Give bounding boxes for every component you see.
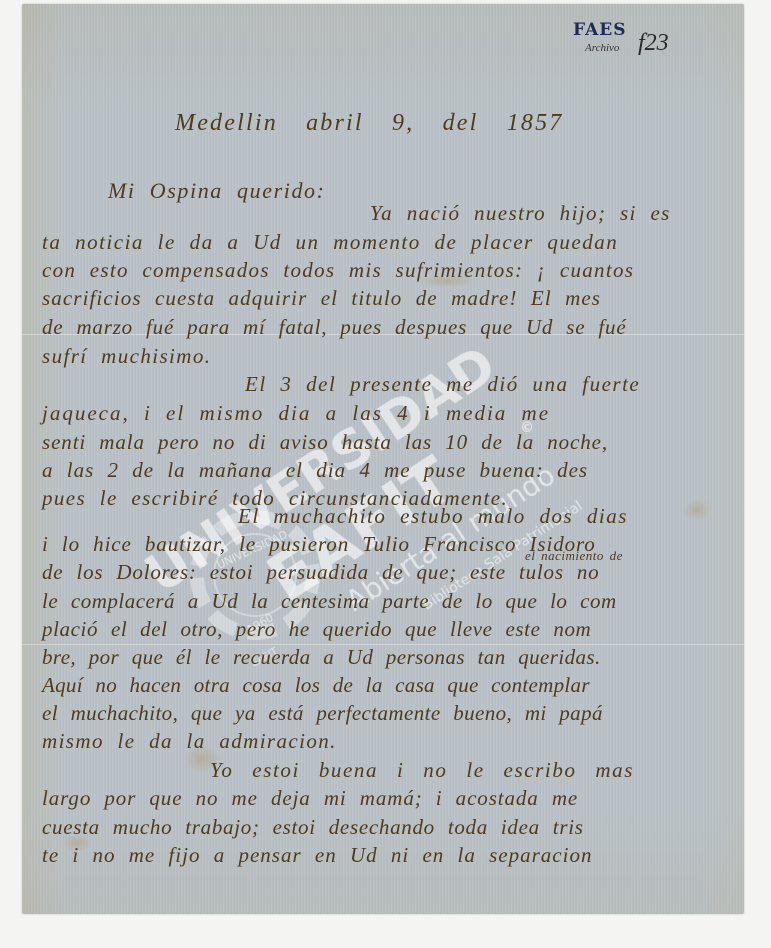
letter-line: con esto compensados todos mis sufrimien… (42, 258, 634, 283)
letter-line: sacrificios cuesta adquirir el titulo de… (42, 286, 601, 311)
letter-line: jaqueca, i el mismo dia a las 4 i media … (42, 401, 550, 426)
letter-line: mismo le da la admiracion. (42, 729, 337, 754)
letter-line: de los Dolores: estoi persuadida de que;… (42, 560, 599, 585)
stamp-label: Archivo (585, 42, 619, 54)
stamp-institution: FAES (573, 20, 627, 40)
letter-line: bre, por que él le recuerda a Ud persona… (42, 645, 601, 670)
letter-line: i lo hice bautizar, le pusieron Tulio Fr… (42, 532, 596, 557)
letter-line: Yo estoi buena i no le escribo mas (210, 758, 634, 783)
letter-line: sufrí muchisimo. (42, 344, 211, 369)
letter-line: plació el del otro, pero he querido que … (42, 617, 591, 642)
letter-line: senti mala pero no di aviso hasta las 10… (42, 430, 608, 455)
letter-line: largo por que no me deja mi mamá; i acos… (42, 786, 578, 811)
letter-line: El muchachito estubo malo dos dias (238, 504, 628, 529)
letter-line: el muchachito, que ya está perfectamente… (42, 701, 603, 726)
letter-line: de marzo fué para mí fatal, pues despues… (42, 315, 626, 340)
letter-line: Ya nació nuestro hijo; si es (370, 201, 671, 226)
letter-line: te i no me fijo a pensar en Ud ni en la … (42, 843, 592, 868)
archive-stamp: FAES Archivo f23 (573, 20, 627, 40)
letter-line: a las 2 de la mañana el dia 4 me puse bu… (42, 458, 588, 483)
letter-line: ta noticia le da a Ud un momento de plac… (42, 230, 618, 255)
ink-stain (682, 499, 712, 521)
letter-place-date: Medellin abril 9, del 1857 (175, 110, 564, 137)
letter-line: El 3 del presente me dió una fuerte (245, 372, 640, 397)
letter-line: cuesta mucho trabajo; estoi desechando t… (42, 815, 584, 840)
letter-line: le complacerá a Ud la centesima parte de… (42, 589, 617, 614)
letter-line: Aquí no hacen otra cosa los de la casa q… (42, 673, 590, 698)
stamp-folio: f23 (638, 30, 669, 57)
letter-salutation: Mi Ospina querido: (108, 178, 326, 204)
